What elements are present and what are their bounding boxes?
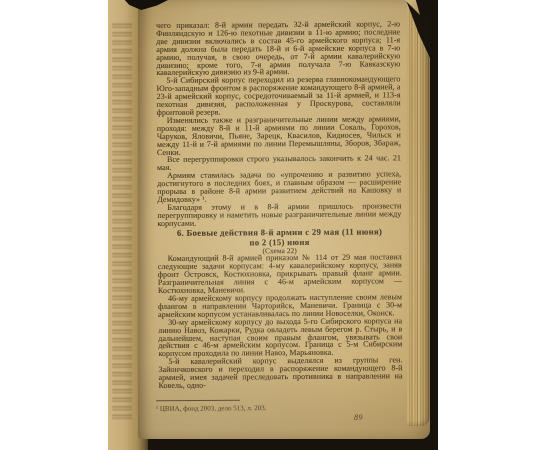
paragraph: 5-й Сибирский корпус переходил из резерв… [156, 76, 400, 117]
fore-edge-pages [407, 0, 430, 426]
book-photo: чего приказал: 8-й армии передать 32-й а… [108, 0, 438, 450]
paragraph: Армиям ставилась задача по «упрочению и … [157, 171, 401, 204]
footnote-divider [156, 400, 240, 402]
paragraph: 30-му армейскому корпусу до выхода 5-го … [158, 317, 402, 358]
paragraph: чего приказал: 8-й армии передать 32-й а… [156, 20, 400, 77]
paragraph: Благодаря этому и в 8-й армии пришлось п… [157, 202, 401, 227]
edge-on-text-marks [112, 22, 132, 422]
page-number: 89 [354, 413, 363, 422]
section-heading: 6. Боевые действия 8-й армии с 29 мая (1… [157, 226, 401, 248]
paragraph: 46-му армейскому корпусу продолжать наст… [158, 293, 402, 318]
page-text: чего приказал: 8-й армии передать 32-й а… [156, 20, 403, 390]
paragraph: 5-й кавалерийский корпус выделялся из гр… [158, 357, 402, 390]
paragraph: Командующий 8-й армией приказом № 114 от… [158, 254, 402, 295]
footnote: ¹ ЦВИА, фонд 2003, дело 513, л. 203. [156, 403, 396, 413]
book-page: чего приказал: 8-й армии передать 32-й а… [138, 0, 430, 439]
paragraph: Изменялись также и разграничительные лин… [157, 115, 401, 156]
